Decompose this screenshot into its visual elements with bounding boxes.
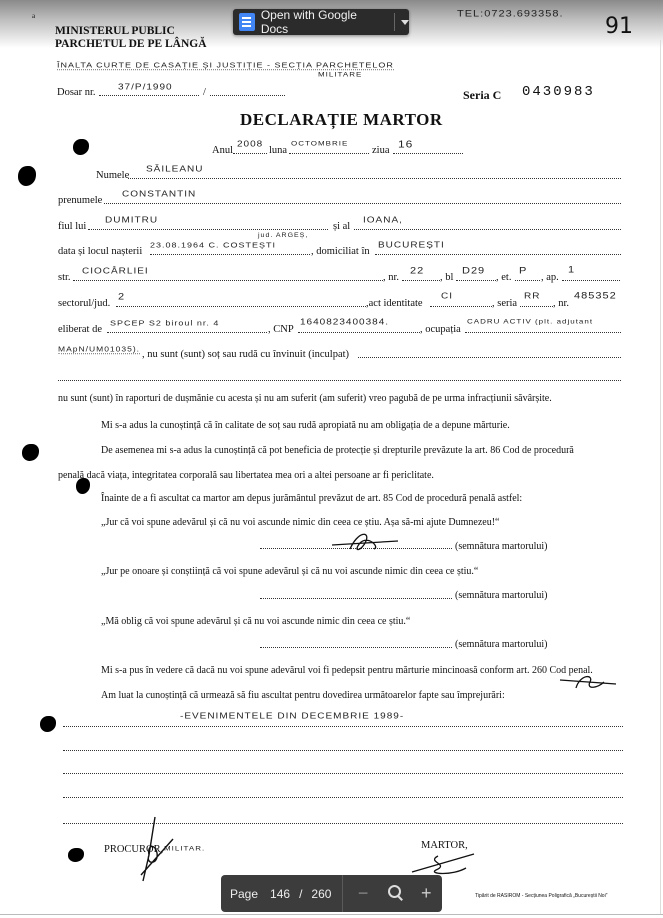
- cnp-label: , CNP: [268, 324, 294, 335]
- serie-number: 0430983: [522, 84, 595, 100]
- zoom-in-button[interactable]: +: [410, 883, 442, 904]
- ocupatia-label: , ocupația: [420, 324, 461, 335]
- paragraph-2a: De asemenea mi s-a adus la cunoștință că…: [101, 445, 574, 456]
- bl-value: D29: [462, 266, 485, 276]
- printer-credit: Tipărit de RASIROM - Secțiunea Poligrafi…: [475, 893, 607, 899]
- witness-signature-icon: [330, 527, 402, 555]
- dosar-value: 37/P/1990: [118, 83, 173, 92]
- paragraph-4: Mi s-a pus în vedere că dacă nu voi spun…: [101, 665, 593, 676]
- act-field: [430, 296, 492, 307]
- paragraph-3: Înainte de a fi ascultat ca martor am de…: [101, 493, 522, 504]
- luna-label: luna: [269, 145, 287, 156]
- zoom-out-button[interactable]: −: [347, 883, 379, 904]
- court-handwritten-line2: MILITARE: [318, 71, 362, 79]
- blank-line: [58, 370, 621, 381]
- nr-value: 22: [410, 266, 424, 276]
- page-mark: 91: [605, 14, 633, 39]
- oath-2: „Jur pe onoare și conștiință că voi spun…: [101, 566, 478, 577]
- ministry-line2: PARCHETUL DE PE LÂNGĂ: [55, 38, 207, 51]
- domiciliat-value: BUCUREȘTI: [378, 241, 445, 250]
- act-label: ,act identitate: [366, 298, 423, 309]
- page-navigation-bar: Page 146 / 260 − +: [221, 875, 442, 912]
- page-title: DECLARAȚIE MARTOR: [240, 110, 443, 130]
- oath-3: „Mă oblig că voi spune adevărul și că nu…: [101, 616, 410, 627]
- prenumele-label: prenumele: [58, 195, 102, 206]
- ziua-value: 16: [398, 138, 413, 150]
- facts-line-3: [63, 763, 623, 774]
- signature-label-3: (semnătura martorului): [455, 639, 547, 650]
- dusmanie-text: nu sunt (sunt) în raporturi de dușmănie …: [58, 393, 552, 404]
- ink-blot: [22, 444, 39, 461]
- ap-label: , ap.: [541, 272, 559, 283]
- ministry-header: MINISTERUL PUBLIC PARCHETUL DE PE LÂNGĂ: [55, 25, 207, 51]
- open-with-google-docs-button[interactable]: Open with Google Docs: [233, 9, 409, 35]
- open-with-label: Open with Google Docs: [261, 8, 386, 36]
- bl-label: , bl: [440, 272, 453, 283]
- ink-blot: [68, 848, 84, 862]
- cnp-value: 1640823400384.: [300, 318, 389, 327]
- court-handwritten: ÎNALTA CURTE DE CASAȚIE ȘI JUSTIȚIE - SE…: [57, 61, 394, 70]
- page-edge: [660, 40, 661, 915]
- fiul-lui-value: DUMITRU: [105, 216, 158, 225]
- eliberat-label: eliberat de: [58, 324, 102, 335]
- signature-line-2: [260, 588, 452, 599]
- domiciliat-label: , domiciliat în: [311, 246, 370, 257]
- prosecutor-signature-icon: [135, 815, 180, 885]
- document-page: a MINISTERUL PUBLIC PARCHETUL DE PE LÂNG…: [0, 0, 663, 918]
- ap-value: 1: [568, 265, 575, 275]
- sector-field: [116, 296, 366, 307]
- signature-label-1: (semnătura martorului): [455, 541, 547, 552]
- numele-label: Numele: [96, 170, 129, 181]
- dropdown-caret-icon[interactable]: [401, 20, 409, 25]
- dosar-label: Dosar nr.: [57, 87, 96, 98]
- paragraph-5: Am luat la cunoștință că urmează să fiu …: [101, 690, 505, 701]
- facts-value: -EVENIMENTELE DIN DECEMBRIE 1989-: [180, 712, 404, 721]
- ziua-label: ziua: [372, 145, 390, 156]
- si-al-value: IOANA,: [363, 216, 403, 225]
- si-al-label: și al: [333, 221, 350, 232]
- et-label: , et.: [496, 272, 511, 283]
- nasterii-note: jud. ARGEȘ,: [258, 233, 308, 239]
- ink-blot: [73, 139, 89, 155]
- nasterii-label: data și locul nașterii: [58, 246, 142, 257]
- anul-value: 2008: [237, 140, 263, 149]
- oath-1: „Jur că voi spune adevărul și că nu voi …: [101, 517, 499, 528]
- page-label: Page: [230, 887, 258, 901]
- et-value: P: [519, 266, 527, 276]
- ruda-field: [358, 347, 621, 358]
- pager-divider: [342, 875, 343, 912]
- act-value: CI: [441, 292, 453, 301]
- str-label: str.: [58, 272, 71, 283]
- zoom-magnifier-icon: [388, 885, 402, 899]
- ink-blot: [18, 166, 36, 186]
- google-docs-icon: [239, 13, 255, 31]
- ocupatia-continued: MApN/UM01035).: [58, 345, 140, 354]
- dosar-field-2: [210, 85, 285, 96]
- prenumele-value: CONSTANTIN: [122, 190, 196, 199]
- nr-label: , nr.: [383, 272, 399, 283]
- zoom-fit-button[interactable]: [379, 883, 411, 904]
- ink-blot: [40, 716, 56, 732]
- ministry-line1: MINISTERUL PUBLIC: [55, 25, 207, 38]
- facts-line-2: [63, 740, 623, 751]
- signature-line-3: [260, 637, 452, 648]
- eliberat-value: SPCEP S2 biroul nr. 4: [110, 319, 219, 328]
- nr2-label: , nr.: [553, 298, 569, 309]
- phone-note: TEL:0723.693358.: [457, 9, 564, 19]
- luna-value: OCTOMBRIE: [291, 140, 348, 148]
- fiul-lui-label: fiul lui: [58, 221, 86, 232]
- dosar-sep: /: [203, 87, 206, 98]
- facts-line-4: [63, 787, 623, 798]
- paragraph-2b: penală dacă viața, integritatea corporal…: [58, 470, 434, 481]
- sector-label: sectorul/jud.: [58, 298, 110, 309]
- initials-signature-icon: [558, 670, 620, 694]
- serie-label: Seria C: [463, 88, 501, 103]
- signature-label-2: (semnătura martorului): [455, 590, 547, 601]
- scan-mark: a: [32, 12, 35, 20]
- nasterii-value: 23.08.1964 C. COSTEȘTI: [150, 241, 276, 250]
- str-value: CIOCÂRLIEI: [82, 267, 149, 276]
- numele-value: SĂILEANU: [146, 165, 203, 174]
- paragraph-1: Mi s-a adus la cunoștință că în calitate…: [101, 420, 510, 431]
- total-pages: 260: [311, 887, 331, 901]
- button-divider: [394, 13, 395, 31]
- nr2-value: 485352: [574, 291, 617, 301]
- ocupatia-value: CADRU ACTIV (plt. adjutant: [467, 318, 593, 326]
- seria-value: RR: [524, 292, 540, 301]
- ruda-text: , nu sunt (sunt) soț sau rudă cu învinui…: [142, 349, 349, 360]
- seria-label: , seria: [492, 298, 517, 309]
- page-bottom-edge: [0, 914, 663, 915]
- anul-label: Anul: [212, 145, 233, 156]
- sector-value: 2: [118, 292, 125, 302]
- page-separator: /: [299, 887, 302, 901]
- current-page-input[interactable]: 146: [270, 887, 290, 901]
